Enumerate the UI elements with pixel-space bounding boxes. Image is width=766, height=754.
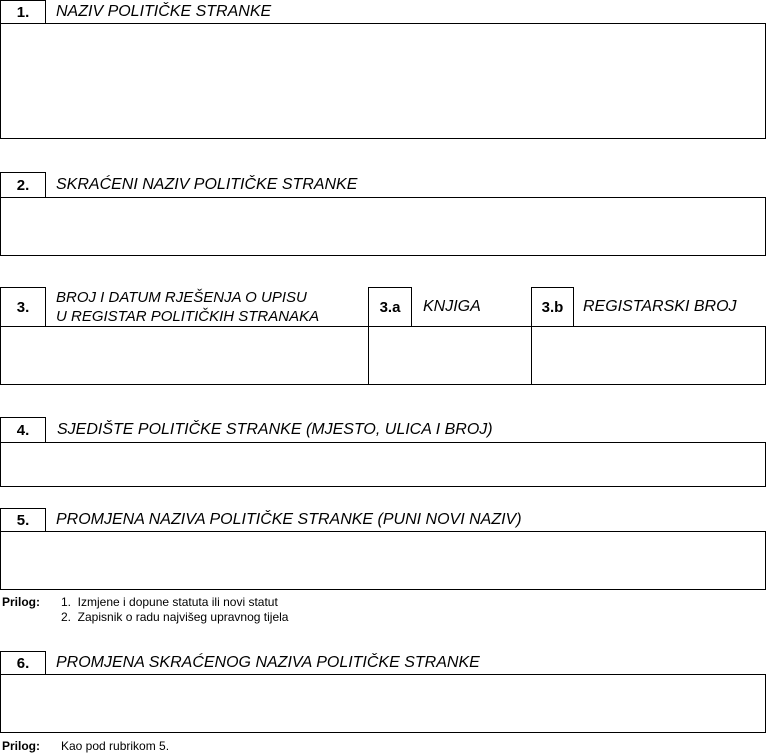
new-short-name-field[interactable]	[0, 674, 766, 733]
party-name-field[interactable]	[0, 23, 766, 139]
section-3-number: 3.	[0, 287, 46, 327]
section-3a-number: 3.a	[368, 287, 412, 327]
headquarters-field[interactable]	[0, 442, 766, 487]
section-6-attachment-label: Prilog:	[2, 739, 40, 753]
section-5-attachment-label: Prilog:	[2, 595, 40, 609]
section-3-title-line1: BROJ I DATUM RJEŠENJA O UPISU	[56, 288, 319, 307]
section-1-number: 1.	[0, 0, 46, 24]
section-3-title: BROJ I DATUM RJEŠENJA O UPISU U REGISTAR…	[56, 287, 319, 327]
section-6-number: 6.	[0, 651, 46, 675]
section-5-title: PROMJENA NAZIVA POLITIČKE STRANKE (PUNI …	[56, 508, 522, 532]
section-5-attachment-item-2: 2. Zapisnik o radu najvišeg upravnog tij…	[61, 610, 288, 624]
section-3b-number: 3.b	[531, 287, 574, 327]
section-5-number: 5.	[0, 508, 46, 532]
section-3-title-line2: U REGISTAR POLITIČKIH STRANAKA	[56, 307, 319, 326]
section-5-attachment-item-1: 1. Izmjene i dopune statuta ili novi sta…	[61, 595, 278, 609]
section-2-title: SKRAĆENI NAZIV POLITIČKE STRANKE	[56, 172, 357, 198]
section-4-number: 4.	[0, 417, 46, 443]
section-6-title: PROMJENA SKRAĆENOG NAZIVA POLITIČKE STRA…	[56, 651, 480, 675]
short-name-field[interactable]	[0, 197, 766, 256]
section-6-attachment-text: Kao pod rubrikom 5.	[61, 739, 169, 753]
section-4-title: SJEDIŠTE POLITIČKE STRANKE (MJESTO, ULIC…	[57, 417, 493, 443]
section-1-title: NAZIV POLITIČKE STRANKE	[56, 0, 271, 24]
resolution-number-date-field[interactable]	[0, 326, 369, 385]
book-field[interactable]	[368, 326, 532, 385]
section-3a-title: KNJIGA	[423, 287, 481, 327]
registry-number-field[interactable]	[531, 326, 766, 385]
new-full-name-field[interactable]	[0, 531, 766, 590]
section-3b-title: REGISTARSKI BROJ	[583, 287, 737, 327]
section-2-number: 2.	[0, 172, 46, 198]
